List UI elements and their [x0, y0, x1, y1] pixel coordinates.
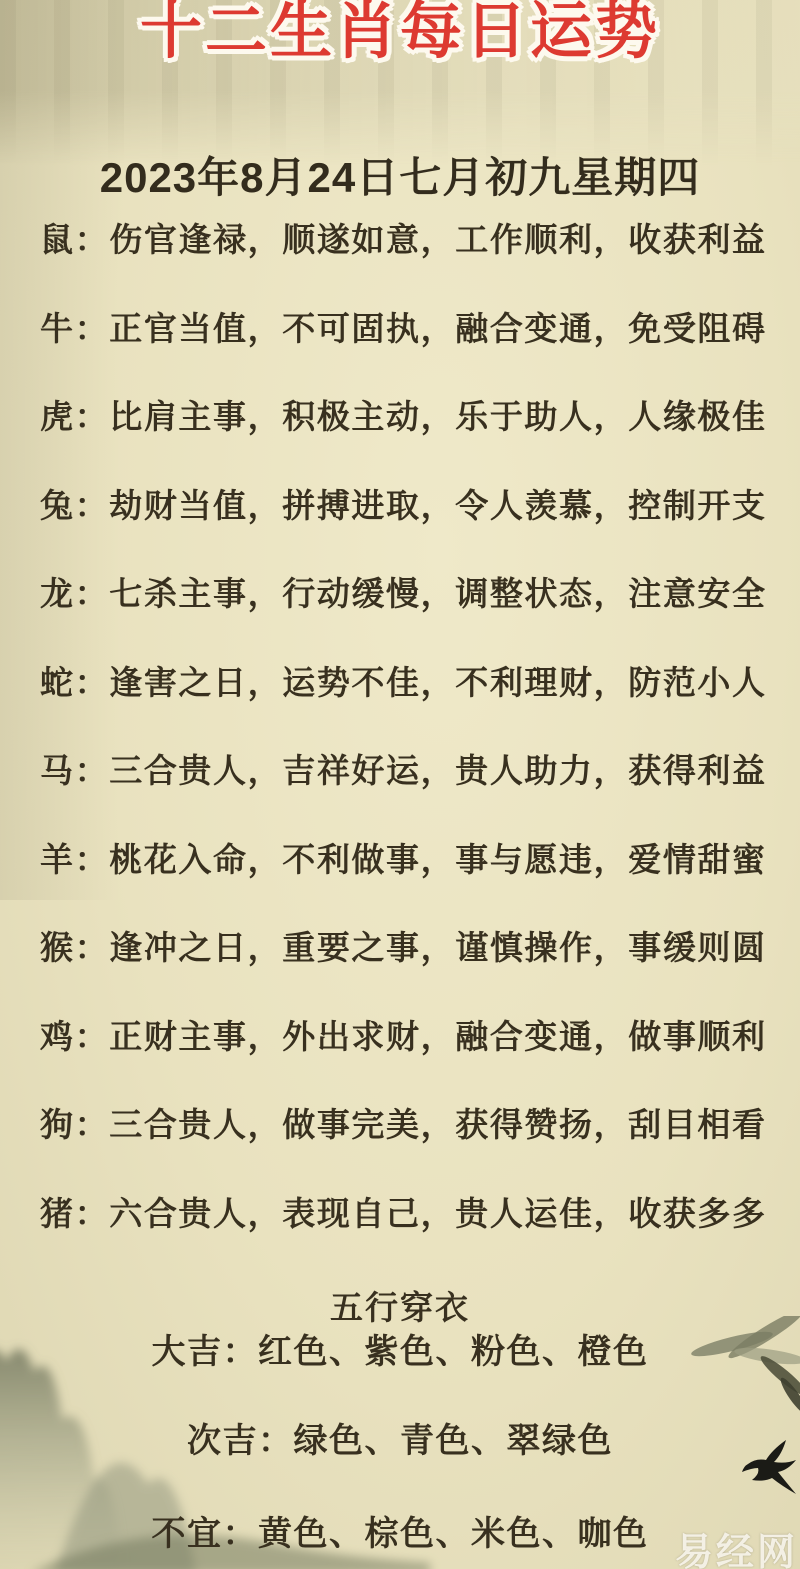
zodiac-fortune: 劫财当值，拼搏进取，令人羡慕，控制开支 — [109, 487, 766, 524]
zodiac-fortune: 七杀主事，行动缓慢，调整状态，注意安全 — [109, 575, 766, 612]
wuxing-separator: ： — [223, 1333, 259, 1371]
wuxing-line-daji: 大吉：红色、紫色、粉色、橙色 — [0, 1330, 800, 1374]
zodiac-animal: 狗 — [40, 1106, 75, 1143]
watermark: 易经网 — [675, 1521, 798, 1569]
zodiac-row-monkey: 猴：逢冲之日，重要之事，谨慎操作，事缓则圆 — [40, 904, 766, 993]
zodiac-row-dog: 狗：三合贵人，做事完美，获得赞扬，刮目相看 — [40, 1081, 766, 1170]
zodiac-row-rat: 鼠：伤官逢禄，顺遂如意，工作顺利，收获利益 — [40, 196, 766, 285]
zodiac-row-horse: 马：三合贵人，吉祥好运，贵人助力，获得利益 — [40, 727, 766, 816]
zodiac-separator: ： — [75, 1195, 110, 1232]
zodiac-fortune: 逢害之日，运势不佳，不利理财，防范小人 — [109, 664, 766, 701]
zodiac-fortune: 正财主事，外出求财，融合变通，做事顺利 — [109, 1018, 766, 1055]
wuxing-label: 大吉 — [152, 1333, 223, 1371]
zodiac-fortune: 三合贵人，吉祥好运，贵人助力，获得利益 — [109, 752, 766, 789]
zodiac-animal: 虎 — [40, 398, 75, 435]
wuxing-colors: 红色、紫色、粉色、橙色 — [258, 1333, 649, 1371]
wuxing-line-ciji: 次吉：绿色、青色、翠绿色 — [0, 1419, 800, 1463]
zodiac-row-dragon: 龙：七杀主事，行动缓慢，调整状态，注意安全 — [40, 550, 766, 639]
page-title: 十二生肖每日运势 — [0, 0, 800, 68]
zodiac-separator: ： — [75, 398, 110, 435]
wuxing-label: 不宜 — [152, 1515, 223, 1553]
wuxing-heading: 五行穿衣 — [0, 1286, 800, 1330]
zodiac-row-goat: 羊：桃花入命，不利做事，事与愿违，爱情甜蜜 — [40, 816, 766, 905]
wuxing-separator: ： — [223, 1515, 259, 1553]
zodiac-animal: 龙 — [40, 575, 75, 612]
zodiac-animal: 羊 — [40, 841, 75, 878]
zodiac-separator: ： — [75, 221, 110, 258]
zodiac-fortune: 桃花入命，不利做事，事与愿违，爱情甜蜜 — [109, 841, 766, 878]
zodiac-separator: ： — [75, 841, 110, 878]
zodiac-fortune: 伤官逢禄，顺遂如意，工作顺利，收获利益 — [109, 221, 766, 258]
zodiac-animal: 兔 — [40, 487, 75, 524]
wuxing-colors: 绿色、青色、翠绿色 — [294, 1422, 614, 1460]
zodiac-fortune: 正官当值，不可固执，融合变通，免受阻碍 — [109, 310, 766, 347]
fortune-poster: 十二生肖每日运势 2023年8月24日七月初九星期四 鼠：伤官逢禄，顺遂如意，工… — [0, 0, 800, 1569]
zodiac-row-rabbit: 兔：劫财当值，拼搏进取，令人羡慕，控制开支 — [40, 462, 766, 551]
zodiac-animal: 马 — [40, 752, 75, 789]
zodiac-animal: 牛 — [40, 310, 75, 347]
zodiac-separator: ： — [75, 1018, 110, 1055]
zodiac-row-ox: 牛：正官当值，不可固执，融合变通，免受阻碍 — [40, 285, 766, 374]
zodiac-separator: ： — [75, 752, 110, 789]
zodiac-animal: 猴 — [40, 929, 75, 966]
zodiac-separator: ： — [75, 310, 110, 347]
wuxing-separator: ： — [258, 1422, 294, 1460]
wuxing-colors: 黄色、棕色、米色、咖色 — [258, 1515, 649, 1553]
zodiac-animal: 猪 — [40, 1195, 75, 1232]
zodiac-fortune: 三合贵人，做事完美，获得赞扬，刮目相看 — [109, 1106, 766, 1143]
zodiac-separator: ： — [75, 929, 110, 966]
zodiac-separator: ： — [75, 575, 110, 612]
zodiac-fortune: 比肩主事，积极主动，乐于助人，人缘极佳 — [109, 398, 766, 435]
zodiac-separator: ： — [75, 664, 110, 701]
zodiac-row-pig: 猪：六合贵人，表现自己，贵人运佳，收获多多 — [40, 1170, 766, 1259]
zodiac-list: 鼠：伤官逢禄，顺遂如意，工作顺利，收获利益 牛：正官当值，不可固执，融合变通，免… — [40, 196, 766, 1258]
zodiac-fortune: 六合贵人，表现自己，贵人运佳，收获多多 — [109, 1195, 766, 1232]
zodiac-row-tiger: 虎：比肩主事，积极主动，乐于助人，人缘极佳 — [40, 373, 766, 462]
zodiac-animal: 鼠 — [40, 221, 75, 258]
zodiac-animal: 蛇 — [40, 664, 75, 701]
zodiac-animal: 鸡 — [40, 1018, 75, 1055]
wuxing-label: 次吉 — [187, 1422, 258, 1460]
zodiac-fortune: 逢冲之日，重要之事，谨慎操作，事缓则圆 — [109, 929, 766, 966]
zodiac-row-rooster: 鸡：正财主事，外出求财，融合变通，做事顺利 — [40, 993, 766, 1082]
zodiac-row-snake: 蛇：逢害之日，运势不佳，不利理财，防范小人 — [40, 639, 766, 728]
zodiac-separator: ： — [75, 1106, 110, 1143]
zodiac-separator: ： — [75, 487, 110, 524]
